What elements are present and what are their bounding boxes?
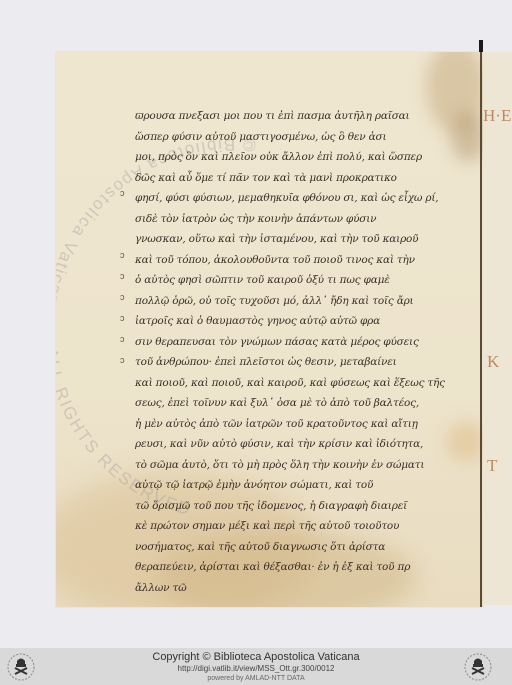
rubric-initial: K [487, 352, 499, 372]
text-line: μοι, πρὸς ὃν καὶ πλεῖον οὐκ ἄλλον ἐπὶ πο… [135, 147, 470, 168]
manuscript-text: ϖρουσα πνεξασι μοι που τι ἐπὶ πασμα ἀυτῆ… [135, 106, 470, 598]
text-line: τοῦ ἀνθρώπου· ἐπεὶ πλεῖστοι ὡς θεσιν, με… [135, 352, 470, 373]
rubric-initial: T [487, 456, 497, 476]
vatican-library-logo-icon [6, 652, 36, 682]
margin-mark: ↄ [120, 250, 125, 260]
margin-mark: ↄ [120, 355, 125, 365]
text-line: ἰατροῖς καὶ ὁ θαυμαστὸς γηνος αὐτῷ αὐτῶ … [135, 311, 470, 332]
powered-by-text: powered by AMLAD-NTT DATA [0, 674, 512, 683]
text-line: ὁ αὐτὸς φησὶ σῶπτιν τοῦ καιροῦ ὀξύ τι πω… [135, 270, 470, 291]
margin-mark: ↄ [120, 188, 125, 198]
text-line: ὥσπερ φύσιν αὐτοῦ μαστιγοσμένω, ὡς ὃ θεν… [135, 127, 470, 148]
copyright-text: Copyright © Biblioteca Apostolica Vatica… [0, 651, 512, 664]
footer: Copyright © Biblioteca Apostolica Vatica… [0, 648, 512, 685]
text-line: ϖρουσα πνεξασι μοι που τι ἐπὶ πασμα ἀυτῆ… [135, 106, 470, 127]
text-line: ἡ μὲν αὐτὸς ἀπὸ τῶν ἰατρῶν τοῦ κρατοῦντο… [135, 414, 470, 435]
text-line: κὲ πρώτον σημαν μέξι καὶ περὶ τῆς αὐτοῦ … [135, 516, 470, 537]
text-line: αὐτῷ τῷ ἰατρῷ ἐμὴν ἀνόητον σώματι, καὶ τ… [135, 475, 470, 496]
text-line: θεραπεύειν, ἀρίσται καὶ θέξασθαι· ἐν ἡ ἐ… [135, 557, 470, 578]
margin-mark: ↄ [120, 334, 125, 344]
text-line: καὶ ποιοῦ, καὶ ποιοῦ, καὶ καιροῦ, καὶ φύ… [135, 373, 470, 394]
gutter-marker [479, 40, 483, 52]
text-line: γνωσκαν, οὕτω καὶ τὴν ἰσταμένου, καὶ τὴν… [135, 229, 470, 250]
rubric-initial: H·E [483, 106, 511, 126]
image-viewer[interactable]: © Biblioteca Apostolica Vaticana — ALL R… [0, 0, 512, 648]
margin-mark: ↄ [120, 313, 125, 323]
text-line: πολλῷ ὁρῶ, οὐ τοῖς τυχοῦσι μό, ἀλλ᾿ ἤδη … [135, 291, 470, 312]
text-line: σεως, ἐπεὶ τοῖνυν καὶ ξυλ᾿ ὁσα μὲ τὸ ἀπὸ… [135, 393, 470, 414]
text-line: καὶ τοῦ τόπου, ἀκολουθοῦντα τοῦ ποιοῦ τι… [135, 250, 470, 271]
text-line: ρευσι, καὶ νῦν αὐτὸ φύσιν, καὶ τὴν κρίσι… [135, 434, 470, 455]
text-line: τὸ σῶμα ἀυτὸ, ὅτι τὸ μὴ πρὸς ὅλη τὴν κοι… [135, 455, 470, 476]
text-line: δῶς καὶ αὖ ὅμε τί πᾶν τον καὶ τὰ μανὶ πρ… [135, 168, 470, 189]
text-line: φησί, φύσι φύσιων, μεμαθηκυῖα φθόνου σι,… [135, 188, 470, 209]
text-line: ἄλλων τῶ [135, 578, 470, 599]
text-line: νοσήματος, καὶ τῆς αὐτοῦ διαγνωσις ὅτι ἀ… [135, 537, 470, 558]
margin-mark: ↄ [120, 292, 125, 302]
source-url[interactable]: http://digi.vatlib.it/view/MSS_Ott.gr.30… [0, 664, 512, 674]
book-gutter [480, 44, 482, 607]
facing-page: H·E K T [483, 52, 512, 605]
text-line: τῶ ὅρισμῶ τοῦ που τῆς ἰδομενος, ἡ διαγρα… [135, 496, 470, 517]
margin-mark: ↄ [120, 271, 125, 281]
vatican-library-logo-icon [463, 652, 493, 682]
text-line: σιδὲ τὸν ἰατρὸν ὡς τὴν κοινὴν ἁπάντων φύ… [135, 209, 470, 230]
text-line: σιν θεραπευσαι τὸν γνώμων πάσας κατὰ μέρ… [135, 332, 470, 353]
